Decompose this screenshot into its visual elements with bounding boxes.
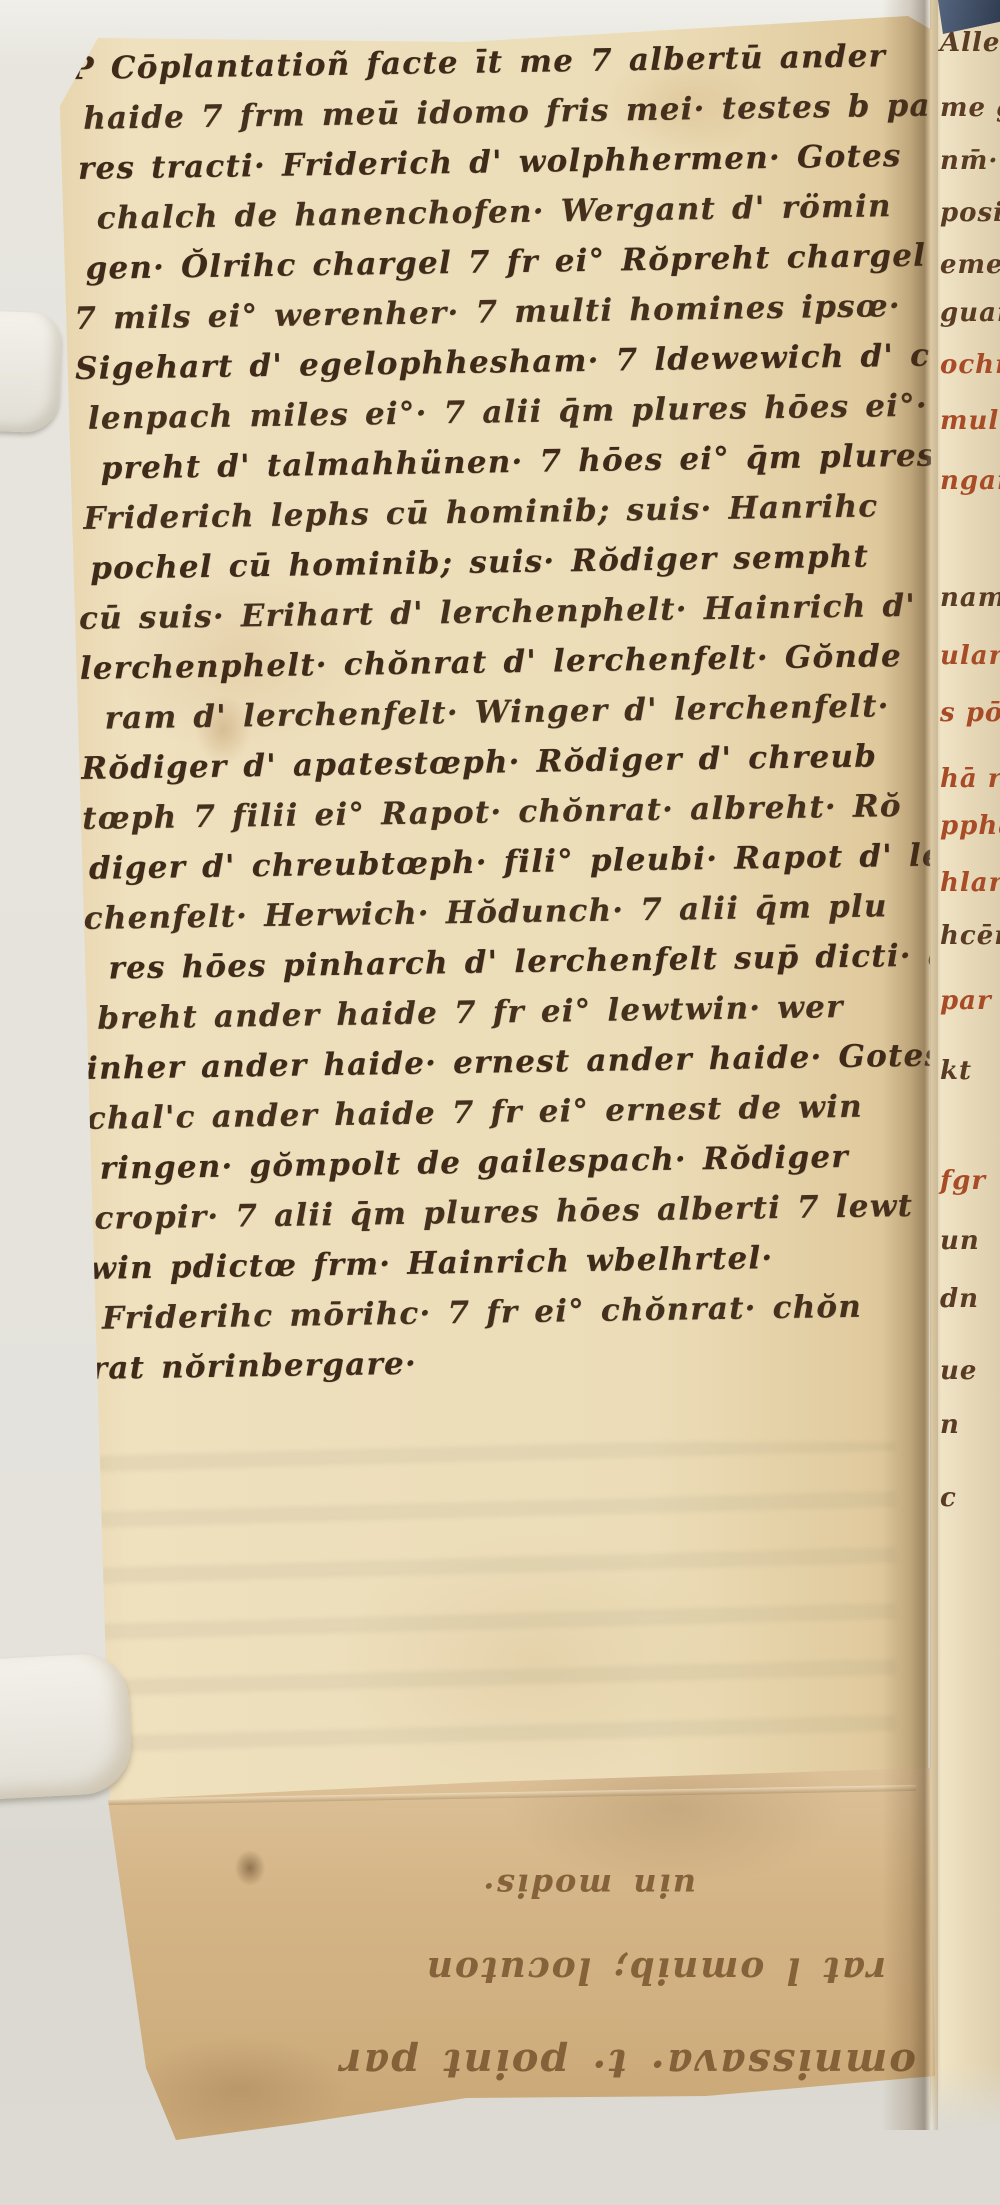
page-fragment: ppha — [940, 813, 1000, 839]
page-fragment: hlar — [940, 870, 1000, 896]
page-fragment: guam — [940, 300, 1000, 326]
page-fragment: ngar — [940, 468, 1000, 494]
adjacent-page-strip: Allet il'me glonm̄· Ppositiemenguamochre… — [930, 0, 1000, 2135]
page-fragment: Allet il' — [940, 30, 1000, 56]
text-block: Ƥ Cōplantatioñ facte īt me 7 albertū and… — [70, 31, 947, 1394]
page-fragment: un — [940, 1228, 980, 1254]
fold-inverted-line: uin modis· — [176, 1846, 696, 1926]
page-fragment: kt — [940, 1058, 972, 1084]
page-fragment: mul — [940, 408, 999, 434]
page-fragment: hā r — [940, 766, 1000, 792]
page-fragment: c — [940, 1485, 957, 1511]
page-fragment: n — [940, 1412, 960, 1438]
page-fragment: ular — [940, 643, 1000, 669]
page-fragment: hcēr — [940, 923, 1000, 949]
page-fragment: nam — [940, 585, 1000, 611]
page-fragment: dn — [940, 1286, 979, 1312]
page-fragment: me glo — [940, 95, 1000, 121]
page-fragment: s pō — [940, 700, 1000, 726]
fold-inverted-line: omnissava· t· point par — [176, 2014, 916, 2112]
fold-inverted-text: omnissava· t· point parrat l omnib; locu… — [176, 1846, 916, 2112]
show-through-text — [86, 1442, 896, 1754]
bottom-fold: omnissava· t· point parrat l omnib; locu… — [66, 1768, 935, 2160]
page-fragment: fgr — [940, 1168, 986, 1194]
page-fragment: par — [940, 988, 992, 1014]
page-fragment: emen — [940, 252, 1000, 278]
page-fragment: ue — [940, 1358, 977, 1384]
main-leaf: Ƥ Cōplantatioñ facte īt me 7 albertū and… — [46, 14, 932, 1804]
manuscript-scan: Allet il'me glonm̄· Ppositiemenguamochre… — [0, 0, 1000, 2205]
vellum-tab-upper — [0, 311, 62, 434]
page-fragment: nm̄· P — [940, 148, 1000, 174]
page-fragment: ochre· — [940, 352, 1000, 378]
vellum-tab-lower — [0, 1652, 134, 1800]
fold-inverted-line: rat l omnib; locuton — [176, 1926, 886, 2014]
page-fragment: positi — [940, 200, 1000, 226]
